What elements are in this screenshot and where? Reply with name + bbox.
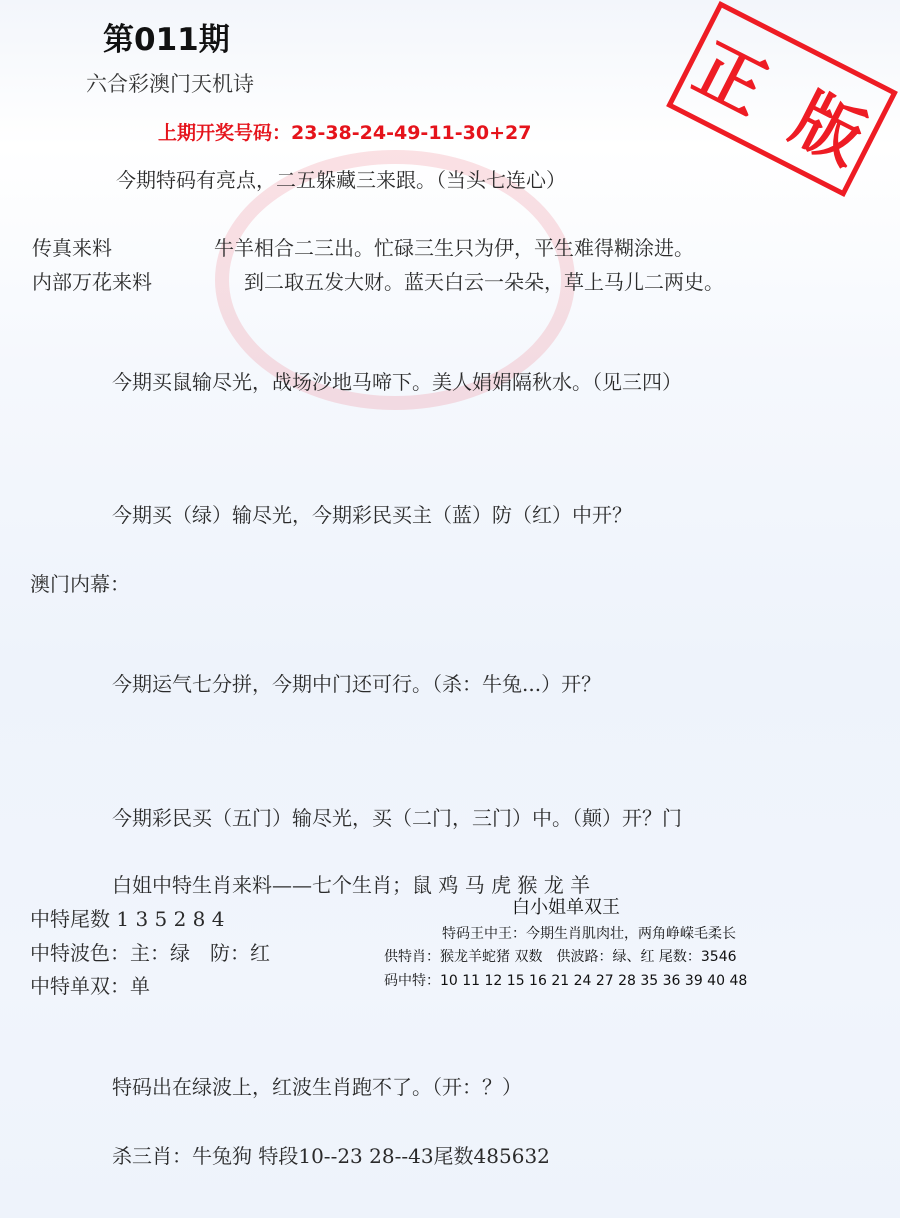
inner-text: 到二取五发大财。蓝天白云一朵朵，草上马儿二两史。	[244, 266, 724, 295]
last-draw-numbers: 23-38-24-49-11-30+27	[291, 122, 531, 144]
genuine-stamp: 正 版	[666, 1, 898, 197]
macau-label: 澳门内幕：	[30, 568, 130, 597]
box-line-2: 供特肖：猴龙羊蛇猪 双数 供波路：绿、红 尾数：3546	[384, 946, 737, 966]
door-line: 今期彩民买（五门）输尽光，买（二门，三门）中。（颠）开？门	[112, 802, 682, 831]
last-draw-label: 上期开奖号码：	[158, 122, 291, 144]
rat-line: 今期买鼠输尽光，战场沙地马啼下。美人娟娟隔秋水。（见三四）	[112, 366, 682, 395]
green-wave-line: 特码出在绿波上，红波生肖跑不了。（开：？）	[112, 1071, 522, 1100]
box-title: 白小姐单双王	[512, 893, 620, 919]
box-line-1: 特码王中王：今期生肖肌肉壮，两角峥嵘毛柔长	[442, 923, 736, 943]
issue-title: 第011期	[103, 14, 230, 59]
luck-line: 今期运气七分拼，今期中门还可行。（杀：牛兔...）开？	[112, 668, 601, 697]
wave-line: 中特波色：主：绿 防：红	[30, 937, 270, 966]
color-line: 今期买（绿）输尽光，今期彩民买主（蓝）防（红）中开？	[112, 499, 632, 528]
tail-line: 中特尾数 1 3 5 2 8 4	[30, 903, 225, 932]
page-subtitle: 六合彩澳门天机诗	[86, 68, 254, 98]
fax-text: 牛羊相合二三出。忙碌三生只为伊，平生难得糊涂进。	[214, 232, 694, 261]
fax-label: 传真来料	[32, 232, 112, 261]
last-draw-result: 上期开奖号码：23-38-24-49-11-30+27	[158, 118, 531, 145]
odd-even-line: 中特单双：单	[30, 970, 150, 999]
stamp-char-2: 版	[779, 65, 884, 182]
box-line-3: 码中特：10 11 12 15 16 21 24 27 28 35 36 39 …	[384, 970, 747, 990]
inner-label: 内部万花来料	[32, 266, 152, 295]
poem-line: 今期特码有亮点，二五躲藏三来跟。（当头七连心）	[116, 164, 566, 193]
stamp-char-1: 正	[681, 15, 786, 132]
kill-line: 杀三肖：牛兔狗 特段10--23 28--43尾数485632	[112, 1140, 550, 1169]
